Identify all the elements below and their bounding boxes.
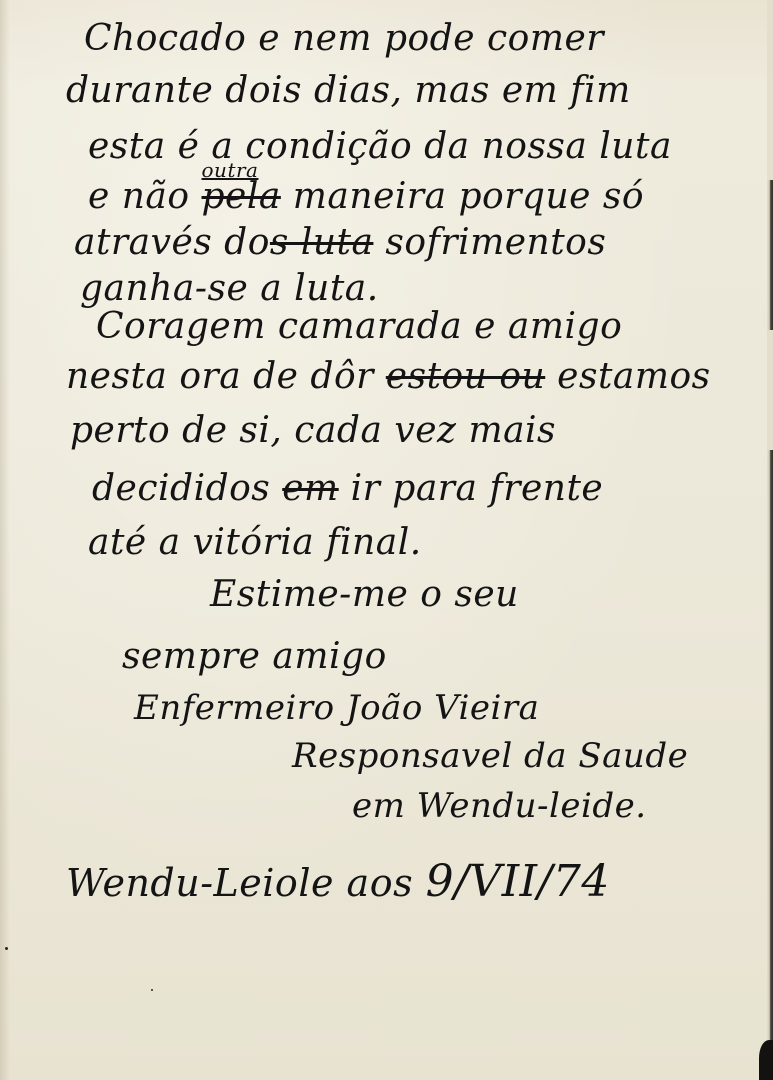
struck-word: em [282, 468, 338, 509]
letter-line-9: perto de si, cada vez mais [70, 410, 556, 451]
signature-name: João Vieira [346, 688, 540, 728]
place: Wendu-Leiole aos [66, 861, 413, 905]
ink-speck [5, 947, 8, 950]
letter-page: Chocado e nem pode comer durante dois di… [0, 0, 773, 1080]
line-text: através do [74, 222, 270, 263]
letter-line-8: nesta ora de dôr estou ou estamos [66, 356, 711, 397]
letter-line-10: decididos em ir para frente [92, 468, 603, 509]
line-text: decididos [92, 468, 282, 509]
signature: Enfermeiro João Vieira [134, 688, 539, 728]
corner-shadow [759, 1040, 773, 1080]
letter-line-6: ganha-se a luta. [80, 268, 379, 309]
place-date: Wendu-Leiole aos 9/VII/74 [66, 856, 610, 907]
line-text: ir para frente [339, 468, 604, 509]
line-text: estamos [545, 356, 710, 397]
signature-role-2: em Wendu-leide. [352, 786, 647, 826]
struck-word: estou ou [386, 356, 545, 397]
letter-line-3: esta é a condição da nossa luta [88, 126, 672, 167]
letter-line-2: durante dois dias, mas em fim [66, 70, 631, 111]
letter-line-5: através dos luta sofrimentos [74, 222, 606, 263]
page-right-edge [767, 0, 773, 1080]
signature-role-1: Responsavel da Saude [292, 736, 688, 776]
struck-word: s luta [270, 222, 374, 263]
line-text: sofrimentos [373, 222, 606, 263]
letter-line-1: Chocado e nem pode comer [84, 18, 604, 59]
letter-line-11: até a vitória final. [88, 522, 422, 563]
letter-line-4: e não pelaoutra maneira porque só [88, 176, 644, 217]
letter-line-7: Coragem camarada e amigo [96, 306, 622, 347]
line-text: maneira porque só [281, 176, 644, 217]
line-text: e não [88, 176, 202, 217]
struck-word: pela [202, 176, 281, 217]
ink-speck [151, 989, 153, 991]
inserted-word: outra [202, 158, 259, 182]
date: 9/VII/74 [426, 856, 610, 907]
closing-sempre-amigo: sempre amigo [122, 636, 387, 677]
line-text: nesta ora de dôr [66, 356, 386, 397]
closing-line: Estime-me o seu [210, 574, 519, 615]
signature-title: Enfermeiro [134, 688, 335, 728]
